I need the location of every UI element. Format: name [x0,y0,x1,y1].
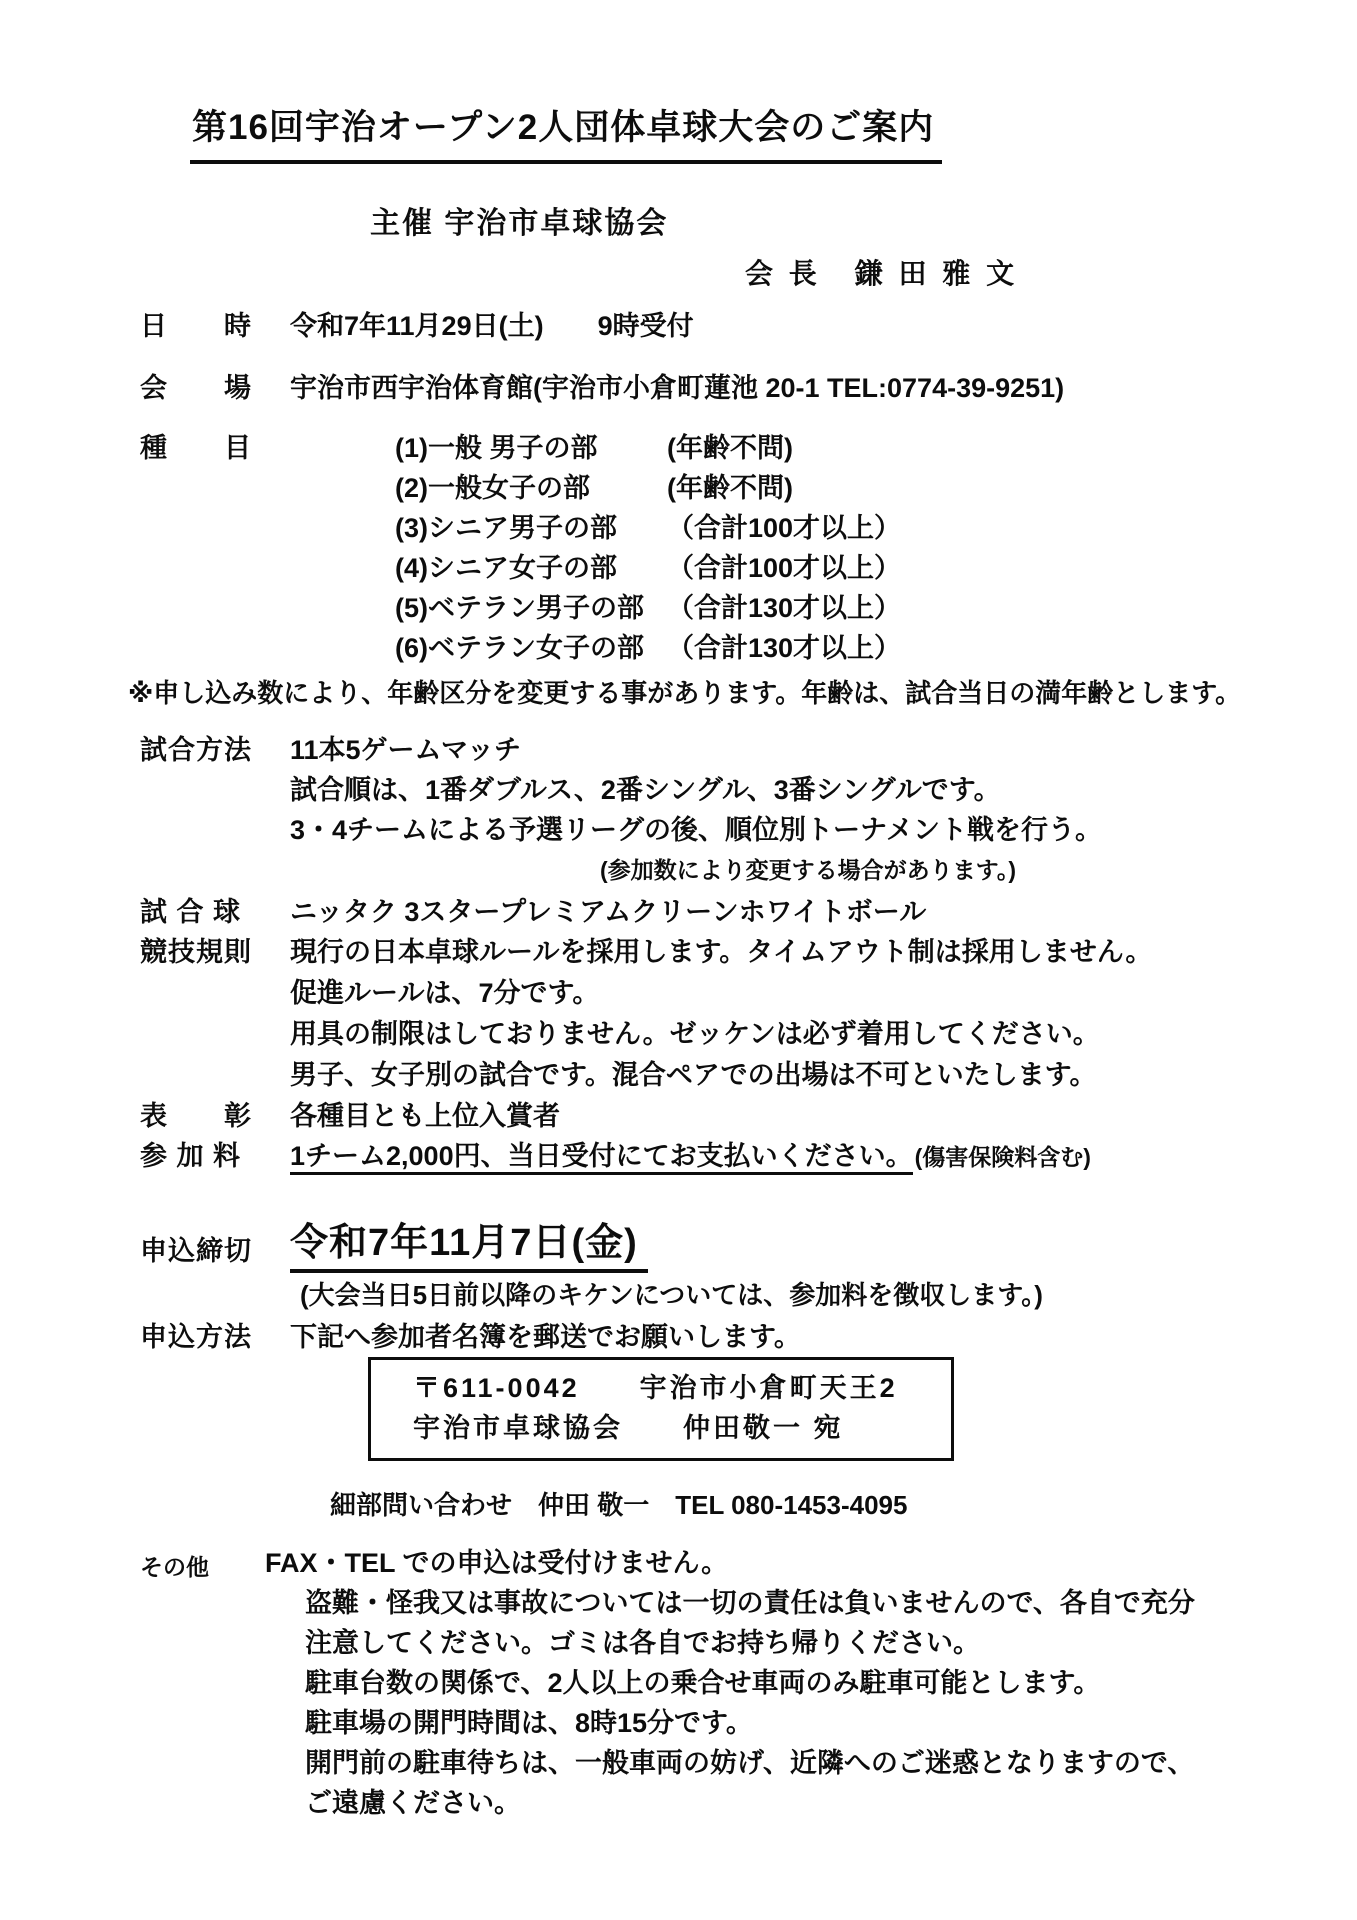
rules-content: 現行の日本卓球ルールを採用します。タイムアウト制は採用しません。 促進ルールは、… [290,932,1357,1096]
other-content: FAX・TEL での申込は受付けません。 盗難・怪我又は事故については一切の責任… [290,1543,1357,1823]
event-note: (年齢不問) [667,473,793,503]
ball-value: ニッタク 3スタープレミアムクリーンホワイトボール [290,892,1357,932]
row-venue: 会 場 宇治市西宇治体育館(宇治市小倉町蓮池 20-1 TEL:0774-39-… [0,368,1357,408]
deadline-date: 令和7年11月7日(金) [290,1221,648,1273]
fee-note: (傷害保険料含む) [915,1144,1091,1170]
other-line: 注意してください。ゴミは各自でお持ち帰りください。 [305,1623,1357,1663]
match-method-line: 3・4チームによる予選リーグの後、順位別トーナメント戦を行う。 [290,810,1357,850]
apply-label: 申込方法 [140,1317,290,1357]
rules-line: 用具の制限はしておりません。ゼッケンは必ず着用してください。 [290,1014,1357,1055]
row-apply-method: 申込方法 下記へ参加者名簿を郵送でお願いします。 [0,1317,1357,1357]
row-ball: 試 合 球 ニッタク 3スタープレミアムクリーンホワイトボール [0,892,1357,932]
fee-label: 参 加 料 [140,1136,290,1177]
rules-line: 促進ルールは、7分です。 [290,973,1357,1014]
other-line: 駐車場の開門時間は、8時15分です。 [305,1703,1357,1743]
other-line: 駐車台数の関係で、2人以上の乗合せ車両のみ駐車可能とします。 [305,1663,1357,1703]
title-row: 第16回宇治オープン2人団体卓球大会のご案内 [190,100,1357,164]
event-item: (1)一般 男子の部(年齢不問) [395,428,1357,468]
event-name: (2)一般女子の部 [395,468,667,508]
rules-label: 競技規則 [140,932,290,1096]
match-method-label: 試合方法 [140,730,290,890]
row-fee: 参 加 料 1チーム2,000円、当日受付にてお支払いください。(傷害保険料含む… [0,1136,1357,1177]
chairman-label: 会 長 [745,258,821,289]
event-note: （合計130才以上） [667,633,901,663]
event-item: (3)シニア男子の部（合計100才以上） [395,508,1357,548]
match-method-content: 11本5ゲームマッチ 試合順は、1番ダブルス、2番シングル、3番シングルです。 … [290,730,1357,890]
row-awards: 表 彰 各種目とも上位入賞者 [0,1096,1357,1136]
match-method-line: 試合順は、1番ダブルス、2番シングル、3番シングルです。 [290,770,1357,810]
venue-label: 会 場 [140,368,290,408]
date-label: 日 時 [140,306,290,346]
venue-value: 宇治市西宇治体育館(宇治市小倉町蓮池 20-1 TEL:0774-39-9251… [290,368,1357,408]
row-deadline: 申込締切 令和7年11月7日(金) (大会当日5日前以降のキケンについては、参加… [0,1221,1357,1317]
event-note: （合計130才以上） [667,593,901,623]
event-item: (5)ベテラン男子の部（合計130才以上） [395,588,1357,628]
rules-line: 男子、女子別の試合です。混合ペアでの出場は不可といたします。 [290,1055,1357,1096]
deadline-label: 申込締切 [140,1221,290,1317]
other-label: その他 [140,1543,290,1823]
organizer-line: 主催 宇治市卓球協会 [370,198,1357,242]
deadline-note: (大会当日5日前以降のキケンについては、参加料を徴収します。) [290,1273,1357,1317]
other-line: FAX・TEL での申込は受付けません。 [265,1543,1357,1583]
address-line-2: 宇治市卓球協会 仲田敬一 宛 [413,1408,939,1448]
events-label: 種 目 [140,428,290,668]
events-list: (1)一般 男子の部(年齢不問) (2)一般女子の部(年齢不問) (3)シニア男… [290,428,1357,668]
ball-label: 試 合 球 [140,892,290,932]
other-line: 盗難・怪我又は事故については一切の責任は負いませんので、各自で充分 [305,1583,1357,1623]
event-name: (1)一般 男子の部 [395,428,667,468]
event-note: (年齢不問) [667,433,793,463]
other-line: ご遠慮ください。 [305,1783,1357,1823]
fee-value: 1チーム2,000円、当日受付にてお支払いください。 [290,1141,913,1175]
mailing-address-box: 〒611-0042 宇治市小倉町天王2 宇治市卓球協会 仲田敬一 宛 [368,1357,954,1461]
address-line-1: 〒611-0042 宇治市小倉町天王2 [413,1368,939,1408]
deadline-content: 令和7年11月7日(金) (大会当日5日前以降のキケンについては、参加料を徴収し… [290,1221,1357,1317]
awards-label: 表 彰 [140,1096,290,1136]
event-note: （合計100才以上） [667,553,901,583]
match-method-line: 11本5ゲームマッチ [290,730,1357,770]
apply-value: 下記へ参加者名簿を郵送でお願いします。 [290,1317,1357,1357]
event-name: (6)ベテラン女子の部 [395,628,667,668]
row-events: 種 目 (1)一般 男子の部(年齢不問) (2)一般女子の部(年齢不問) (3)… [0,428,1357,668]
contact-line: 細部問い合わせ 仲田 敬一 TEL 080-1453-4095 [330,1485,1357,1525]
page-title: 第16回宇治オープン2人団体卓球大会のご案内 [190,100,942,164]
row-rules: 競技規則 現行の日本卓球ルールを採用します。タイムアウト制は採用しません。 促進… [0,932,1357,1096]
fee-content: 1チーム2,000円、当日受付にてお支払いください。(傷害保険料含む) [290,1136,1357,1177]
event-name: (3)シニア男子の部 [395,508,667,548]
match-method-note: (参加数により変更する場合があります。) [290,850,1357,890]
rules-line: 現行の日本卓球ルールを採用します。タイムアウト制は採用しません。 [290,932,1357,973]
awards-value: 各種目とも上位入賞者 [290,1096,1357,1136]
row-match-method: 試合方法 11本5ゲームマッチ 試合順は、1番ダブルス、2番シングル、3番シング… [0,730,1357,890]
event-item: (4)シニア女子の部（合計100才以上） [395,548,1357,588]
other-line: 開門前の駐車待ちは、一般車両の妨げ、近隣へのご迷惑となりますので、 [305,1743,1357,1783]
event-name: (4)シニア女子の部 [395,548,667,588]
row-other: その他 FAX・TEL での申込は受付けません。 盗難・怪我又は事故については一… [0,1543,1357,1823]
date-value: 令和7年11月29日(土) 9時受付 [290,306,1357,346]
age-note: ※申し込み数により、年齢区分を変更する事があります。年齢は、試合当日の満年齢とし… [128,674,1357,712]
document-page: 第16回宇治オープン2人団体卓球大会のご案内 主催 宇治市卓球協会 会 長鎌 田… [0,0,1357,1920]
chairman-name: 鎌 田 雅 文 [855,258,1018,289]
event-name: (5)ベテラン男子の部 [395,588,667,628]
row-date: 日 時 令和7年11月29日(土) 9時受付 [0,306,1357,346]
event-item: (6)ベテラン女子の部（合計130才以上） [395,628,1357,668]
chairman-line: 会 長鎌 田 雅 文 [745,252,1357,292]
event-item: (2)一般女子の部(年齢不問) [395,468,1357,508]
event-note: （合計100才以上） [667,513,901,543]
